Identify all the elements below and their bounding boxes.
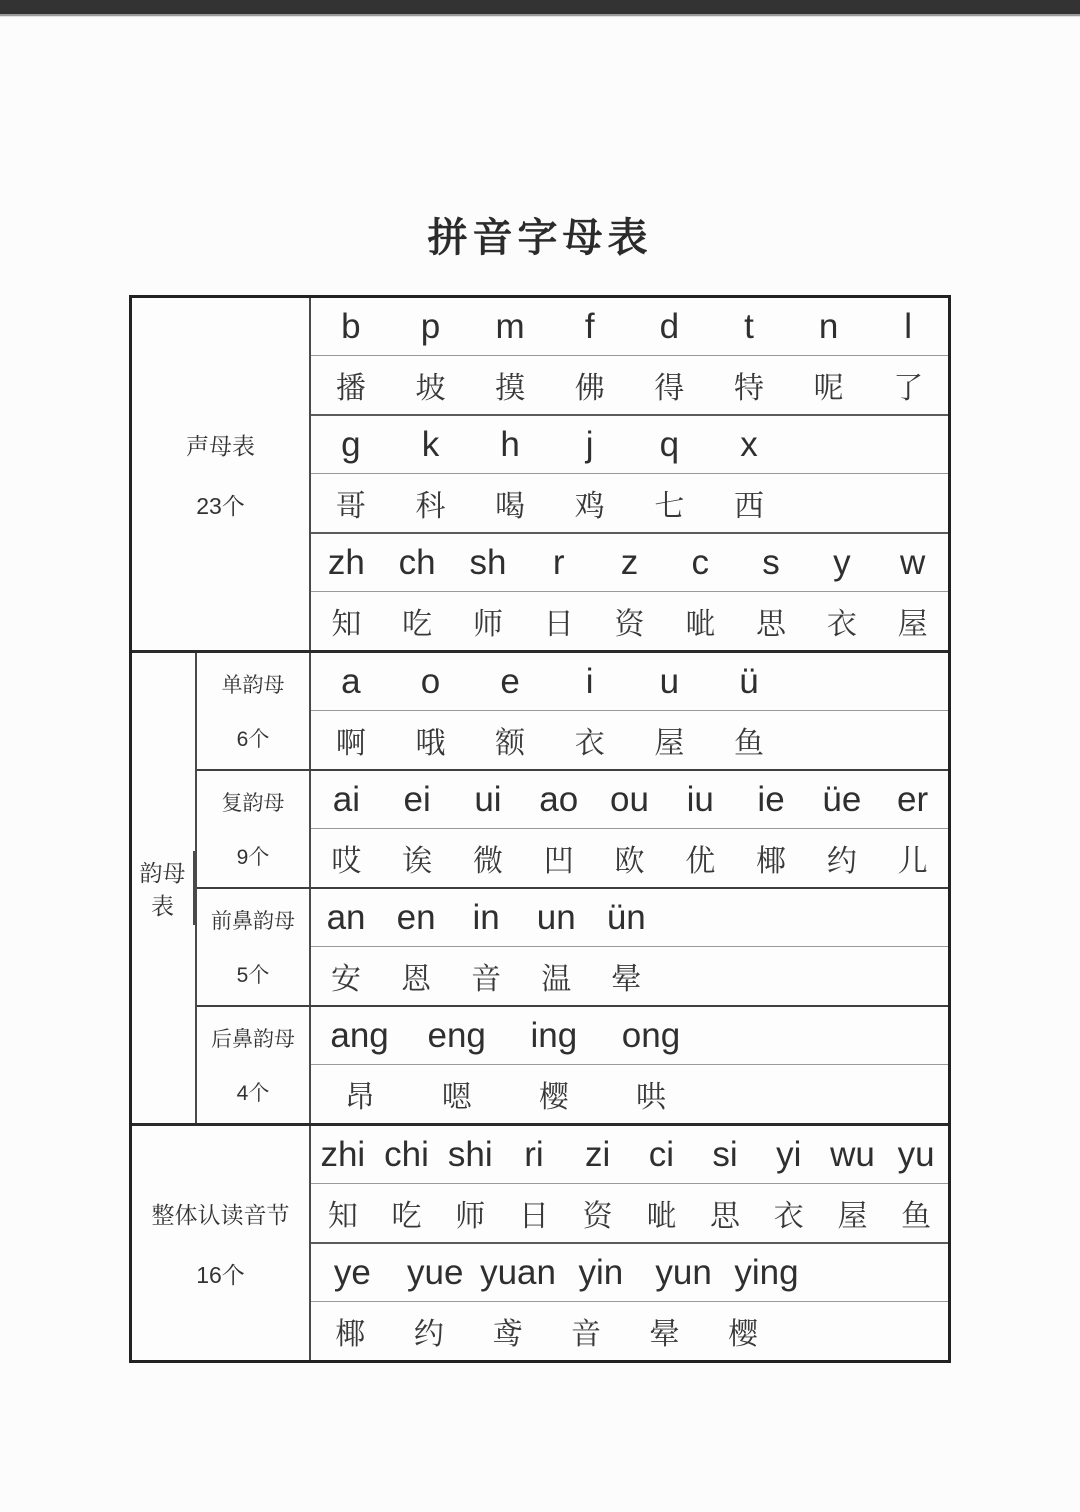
subsection-label: 前鼻韵母5个 [197, 889, 311, 1005]
hanzi-cell: 师 [438, 1191, 502, 1235]
pinyin-cells: yeyueyuanyinyunying [311, 1253, 808, 1293]
pinyin-cell: q [630, 425, 710, 465]
pinyin-cell: s [736, 543, 807, 583]
hanzi-cells: 哥科喝鸡七西 [311, 481, 789, 525]
pinyin-cell: f [550, 307, 630, 347]
pinyin-cell: chi [375, 1135, 439, 1175]
pinyin-cell: h [470, 425, 550, 465]
hanzi-row: 昂嗯樱哄 [311, 1065, 948, 1123]
pinyin-cell: ün [591, 898, 661, 938]
pinyin-cell: n [789, 307, 869, 347]
pinyin-cell: ing [505, 1016, 602, 1056]
pinyin-cell: ri [502, 1135, 566, 1175]
row-pair: aneninunün安恩音温晕 [311, 889, 948, 1005]
pinyin-cell: r [523, 543, 594, 583]
pinyin-row: aieiuiaoouiuieüeer [311, 771, 948, 829]
hanzi-cell: 衣 [757, 1191, 821, 1235]
hanzi-cell: 衣 [806, 599, 877, 643]
pinyin-cell: shi [438, 1135, 502, 1175]
pinyin-cell: an [311, 898, 381, 938]
label-line: 单韵母 [222, 669, 285, 699]
label-line: 9个 [237, 841, 270, 871]
pinyin-row: yeyueyuanyinyunying [311, 1244, 948, 1302]
pinyin-table: 声母表23个bpmfdtnl播坡摸佛得特呢了gkhjqx哥科喝鸡七西zhchsh… [129, 295, 951, 1363]
hanzi-cell: 喝 [470, 481, 550, 525]
hanzi-cell: 呢 [789, 363, 869, 407]
pinyin-row: zhchshrzcsyw [311, 534, 948, 592]
pinyin-cell: x [709, 425, 789, 465]
row-pair: aoeiuü啊哦额衣屋鱼 [311, 653, 948, 769]
subsection: 单韵母6个aoeiuü啊哦额衣屋鱼 [197, 653, 948, 769]
pinyin-cell: j [550, 425, 630, 465]
row-pair: aieiuiaoouiuieüeer哎诶微凹欧优椰约儿 [311, 771, 948, 887]
pinyin-cell: ou [594, 780, 665, 820]
hanzi-row: 椰约鸢音晕樱 [311, 1302, 948, 1360]
hanzi-cell: 鱼 [709, 718, 789, 762]
subsection-label: 后鼻韵母4个 [197, 1007, 311, 1123]
hanzi-cell: 约 [806, 836, 877, 880]
hanzi-cell: 微 [453, 836, 524, 880]
hanzi-cells: 知吃师日资呲思衣屋 [311, 599, 948, 643]
hanzi-cell: 椰 [311, 1309, 390, 1353]
hanzi-cells: 知吃师日资呲思衣屋鱼 [311, 1191, 948, 1235]
hanzi-cell: 樱 [505, 1072, 602, 1116]
subsections: 单韵母6个aoeiuü啊哦额衣屋鱼复韵母9个aieiuiaoouiuieüeer… [197, 653, 948, 1123]
pinyin-cells: gkhjqx [311, 425, 789, 465]
hanzi-cell: 思 [693, 1191, 757, 1235]
pinyin-row: aoeiuü [311, 653, 948, 711]
section-zhengti: 整体认读音节16个zhichishirizicisiyiwuyu知吃师日资呲思衣… [132, 1126, 948, 1360]
hanzi-cell: 得 [630, 363, 710, 407]
hanzi-cell: 优 [665, 836, 736, 880]
hanzi-cell: 啊 [311, 718, 391, 762]
hanzi-cell: 七 [630, 481, 710, 525]
pinyin-cell: üe [806, 780, 877, 820]
pinyin-cell: z [594, 543, 665, 583]
pinyin-cell: sh [453, 543, 524, 583]
hanzi-row: 安恩音温晕 [311, 947, 948, 1005]
label-line: 16个 [196, 1257, 245, 1290]
pinyin-cell: ang [311, 1016, 408, 1056]
pinyin-cell: zh [311, 543, 382, 583]
section-shengmu: 声母表23个bpmfdtnl播坡摸佛得特呢了gkhjqx哥科喝鸡七西zhchsh… [132, 298, 948, 653]
pinyin-cell: g [311, 425, 391, 465]
pinyin-cell: e [470, 662, 550, 702]
pinyin-cell: p [391, 307, 471, 347]
hanzi-cell: 资 [566, 1191, 630, 1235]
pinyin-cell: i [550, 662, 630, 702]
pinyin-cell: ü [709, 662, 789, 702]
label-line: 复韵母 [222, 787, 285, 817]
pinyin-cell: c [665, 543, 736, 583]
pinyin-row: aneninunün [311, 889, 948, 947]
hanzi-cell: 鸢 [468, 1309, 547, 1353]
pinyin-cell: ying [725, 1253, 808, 1293]
hanzi-cell: 播 [311, 363, 391, 407]
hanzi-cell: 哄 [602, 1072, 699, 1116]
label-line: 6个 [237, 723, 270, 753]
hanzi-cell: 屋 [877, 599, 948, 643]
pinyin-cell: er [877, 780, 948, 820]
hanzi-cell: 吃 [382, 599, 453, 643]
hanzi-row: 啊哦额衣屋鱼 [311, 711, 948, 769]
hanzi-cell: 吃 [375, 1191, 439, 1235]
pinyin-row: zhichishirizicisiyiwuyu [311, 1126, 948, 1184]
row-pair: zhichishirizicisiyiwuyu知吃师日资呲思衣屋鱼 [311, 1126, 948, 1244]
hanzi-cell: 哥 [311, 481, 391, 525]
pinyin-cell: si [693, 1135, 757, 1175]
row-pair: angengingong昂嗯樱哄 [311, 1007, 948, 1123]
hanzi-cell: 恩 [381, 954, 451, 998]
hanzi-cell: 西 [709, 481, 789, 525]
hanzi-cells: 播坡摸佛得特呢了 [311, 363, 948, 407]
pinyin-cells: zhichishirizicisiyiwuyu [311, 1135, 948, 1175]
hanzi-cell: 嗯 [408, 1072, 505, 1116]
pinyin-cell: un [521, 898, 591, 938]
row-pair: bpmfdtnl播坡摸佛得特呢了 [311, 298, 948, 416]
pinyin-cells: aneninunün [311, 898, 661, 938]
hanzi-cell: 呲 [665, 599, 736, 643]
hanzi-cell: 晕 [591, 954, 661, 998]
hanzi-cell: 资 [594, 599, 665, 643]
hanzi-cell: 音 [451, 954, 521, 998]
pinyin-cell: ai [311, 780, 382, 820]
hanzi-cell: 诶 [382, 836, 453, 880]
section-label: 整体认读音节16个 [132, 1126, 311, 1360]
hanzi-cell: 摸 [470, 363, 550, 407]
subsection: 后鼻韵母4个angengingong昂嗯樱哄 [197, 1005, 948, 1123]
hanzi-cells: 啊哦额衣屋鱼 [311, 718, 789, 762]
hanzi-cell: 椰 [736, 836, 807, 880]
hanzi-cell: 音 [547, 1309, 626, 1353]
pinyin-cell: ui [453, 780, 524, 820]
pinyin-row: gkhjqx [311, 416, 948, 474]
section-label: 声母表23个 [132, 298, 311, 650]
pinyin-cell: yu [884, 1135, 948, 1175]
pinyin-cell: ci [630, 1135, 694, 1175]
subsection-rows: angengingong昂嗯樱哄 [311, 1007, 948, 1123]
pinyin-cell: ie [736, 780, 807, 820]
pinyin-cell: ong [602, 1016, 699, 1056]
hanzi-cell: 哦 [391, 718, 471, 762]
pinyin-cells: aieiuiaoouiuieüeer [311, 780, 948, 820]
hanzi-cell: 衣 [550, 718, 630, 762]
label-line: 整体认读音节 [152, 1197, 290, 1230]
subsection-rows: aneninunün安恩音温晕 [311, 889, 948, 1005]
section-rows: zhichishirizicisiyiwuyu知吃师日资呲思衣屋鱼yeyueyu… [311, 1126, 948, 1360]
pinyin-cell: u [630, 662, 710, 702]
subsection-rows: aieiuiaoouiuieüeer哎诶微凹欧优椰约儿 [311, 771, 948, 887]
hanzi-cell: 樱 [704, 1309, 783, 1353]
hanzi-cell: 儿 [877, 836, 948, 880]
hanzi-cell: 师 [453, 599, 524, 643]
subsection: 前鼻韵母5个aneninunün安恩音温晕 [197, 887, 948, 1005]
hanzi-cell: 凹 [523, 836, 594, 880]
pinyin-cell: yi [757, 1135, 821, 1175]
hanzi-cell: 佛 [550, 363, 630, 407]
row-pair: zhchshrzcsyw知吃师日资呲思衣屋 [311, 534, 948, 650]
pinyin-cell: iu [665, 780, 736, 820]
hanzi-cell: 思 [736, 599, 807, 643]
pinyin-cell: m [470, 307, 550, 347]
hanzi-cell: 鸡 [550, 481, 630, 525]
hanzi-cell: 特 [709, 363, 789, 407]
pinyin-cells: angengingong [311, 1016, 700, 1056]
pinyin-cells: zhchshrzcsyw [311, 543, 948, 583]
pinyin-cell: ei [382, 780, 453, 820]
pinyin-cell: zhi [311, 1135, 375, 1175]
hanzi-cell: 知 [311, 1191, 375, 1235]
label-line: 4个 [237, 1077, 270, 1107]
label-line: 后鼻韵母 [211, 1023, 295, 1053]
hanzi-row: 知吃师日资呲思衣屋鱼 [311, 1184, 948, 1242]
hanzi-row: 哎诶微凹欧优椰约儿 [311, 829, 948, 887]
hanzi-cell: 科 [391, 481, 471, 525]
hanzi-cell: 日 [523, 599, 594, 643]
pinyin-cell: b [311, 307, 391, 347]
hanzi-cell: 晕 [625, 1309, 704, 1353]
hanzi-cell: 昂 [311, 1072, 408, 1116]
hanzi-cell: 屋 [630, 718, 710, 762]
hanzi-cell: 知 [311, 599, 382, 643]
hanzi-cell: 坡 [391, 363, 471, 407]
pinyin-cell: o [391, 662, 471, 702]
top-bar [0, 0, 1080, 16]
row-pair: yeyueyuanyinyunying椰约鸢音晕樱 [311, 1244, 948, 1360]
pinyin-cell: l [868, 307, 948, 347]
pinyin-cell: y [806, 543, 877, 583]
hanzi-cell: 约 [390, 1309, 469, 1353]
subsection: 复韵母9个aieiuiaoouiuieüeer哎诶微凹欧优椰约儿 [197, 769, 948, 887]
pinyin-cell: yun [642, 1253, 725, 1293]
subsection-label: 复韵母9个 [197, 771, 311, 887]
pinyin-cells: aoeiuü [311, 662, 789, 702]
label-line: 韵母表 [136, 855, 189, 921]
hanzi-row: 知吃师日资呲思衣屋 [311, 592, 948, 650]
pinyin-row: angengingong [311, 1007, 948, 1065]
pinyin-cell: yin [559, 1253, 642, 1293]
pinyin-cell: a [311, 662, 391, 702]
hanzi-row: 播坡摸佛得特呢了 [311, 356, 948, 414]
row-pair: gkhjqx哥科喝鸡七西 [311, 416, 948, 534]
label-line: 前鼻韵母 [211, 905, 295, 935]
label-line: 5个 [237, 959, 270, 989]
pinyin-cell: yuan [477, 1253, 560, 1293]
hanzi-cells: 安恩音温晕 [311, 954, 661, 998]
pinyin-cell: d [630, 307, 710, 347]
hanzi-cell: 欧 [594, 836, 665, 880]
pinyin-cell: eng [408, 1016, 505, 1056]
pinyin-cell: ye [311, 1253, 394, 1293]
pinyin-cell: in [451, 898, 521, 938]
document-page: 拼音字母表 声母表23个bpmfdtnl播坡摸佛得特呢了gkhjqx哥科喝鸡七西… [0, 16, 1080, 1363]
pinyin-cell: w [877, 543, 948, 583]
hanzi-cell: 屋 [821, 1191, 885, 1235]
section-rows: bpmfdtnl播坡摸佛得特呢了gkhjqx哥科喝鸡七西zhchshrzcsyw… [311, 298, 948, 650]
hanzi-cell: 温 [521, 954, 591, 998]
hanzi-cell: 哎 [311, 836, 382, 880]
label-line: 声母表 [186, 428, 255, 461]
pinyin-row: bpmfdtnl [311, 298, 948, 356]
hanzi-cell: 呲 [630, 1191, 694, 1235]
hanzi-cells: 椰约鸢音晕樱 [311, 1309, 782, 1353]
pinyin-cells: bpmfdtnl [311, 307, 948, 347]
hanzi-cells: 昂嗯樱哄 [311, 1072, 700, 1116]
page-title: 拼音字母表 [0, 206, 1080, 263]
subsection-rows: aoeiuü啊哦额衣屋鱼 [311, 653, 948, 769]
hanzi-cell: 安 [311, 954, 381, 998]
pinyin-cell: ao [523, 780, 594, 820]
hanzi-cell: 了 [868, 363, 948, 407]
section-label-column: 韵母表 [132, 653, 197, 1123]
hanzi-cell: 日 [502, 1191, 566, 1235]
pinyin-cell: t [709, 307, 789, 347]
subsection-label: 单韵母6个 [197, 653, 311, 769]
pinyin-cell: en [381, 898, 451, 938]
pinyin-cell: yue [394, 1253, 477, 1293]
hanzi-row: 哥科喝鸡七西 [311, 474, 948, 532]
hanzi-cell: 鱼 [884, 1191, 948, 1235]
pinyin-cell: ch [382, 543, 453, 583]
pinyin-cell: k [391, 425, 471, 465]
pinyin-cell: zi [566, 1135, 630, 1175]
section-yunmu: 韵母表单韵母6个aoeiuü啊哦额衣屋鱼复韵母9个aieiuiaoouiuieü… [132, 653, 948, 1126]
hanzi-cells: 哎诶微凹欧优椰约儿 [311, 836, 948, 880]
section-label: 韵母表 [132, 851, 195, 925]
hanzi-cell: 额 [470, 718, 550, 762]
pinyin-cell: wu [821, 1135, 885, 1175]
label-line: 23个 [196, 488, 245, 521]
